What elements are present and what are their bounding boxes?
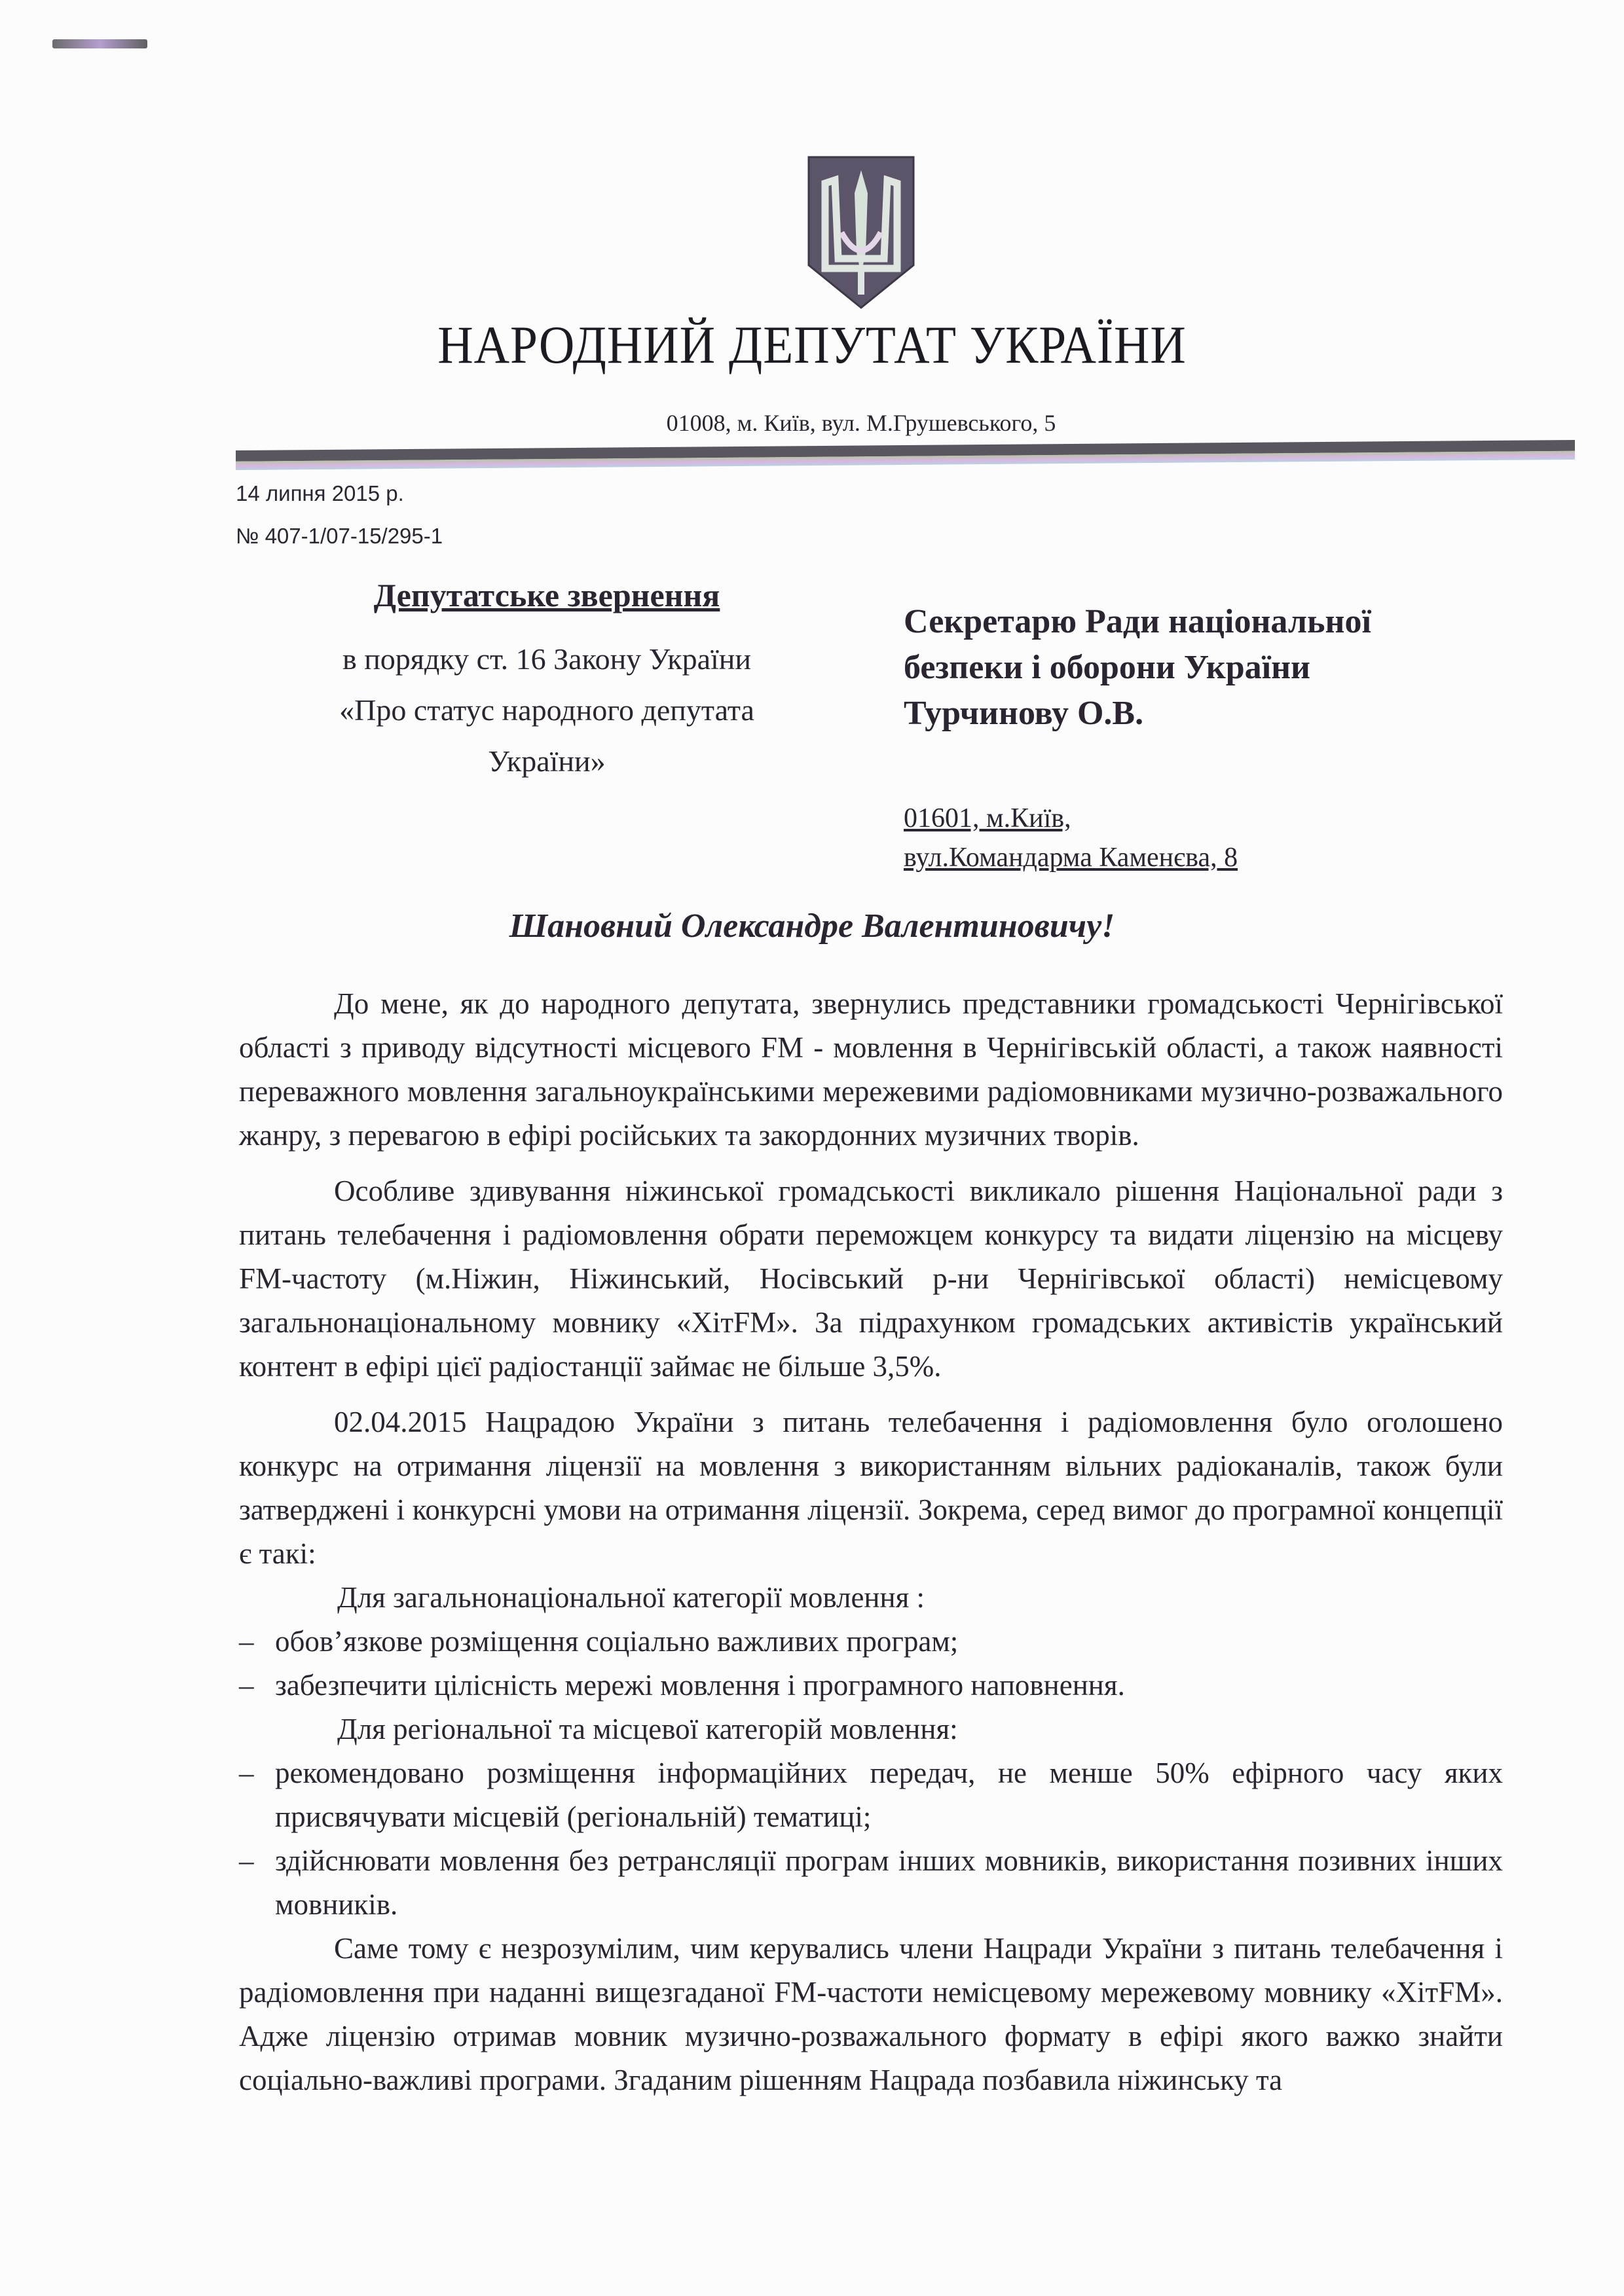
recipient-address-line: вул.Командарма Каменєва, 8 — [904, 838, 1559, 877]
trident-coat-of-arms-icon — [805, 154, 917, 311]
list-heading: Для регіональної та місцевої категорій м… — [239, 1707, 1503, 1751]
recipient-address-line: 01601, м.Київ, — [904, 799, 1559, 838]
recipient-line: Секретарю Ради національної — [904, 599, 1559, 645]
regional-requirements-list: рекомендовано розміщення інформаційних п… — [239, 1751, 1503, 1927]
document-number: № 407-1/07-15/295-1 — [236, 524, 443, 549]
list-item: рекомендовано розміщення інформаційних п… — [239, 1751, 1503, 1839]
list-item: забезпечити цілісність мережі мовлення і… — [239, 1664, 1503, 1707]
body-paragraph: До мене, як до народного депутата, зверн… — [239, 982, 1503, 1157]
appeal-basis-line: «Про статус народного депутата — [236, 685, 858, 736]
body-paragraph: Особливе здивування ніжинської громадськ… — [239, 1169, 1503, 1389]
list-item: здійснювати мовлення без ретрансляції пр… — [239, 1839, 1503, 1927]
letter-body: До мене, як до народного депутата, зверн… — [239, 982, 1503, 2114]
body-paragraph: 02.04.2015 Нацрадою України з питань тел… — [239, 1400, 1503, 1576]
appeal-block: Депутатське звернення в порядку ст. 16 З… — [236, 576, 858, 787]
salutation: Шановний Олександре Валентиновичу! — [0, 907, 1624, 945]
body-paragraph: Саме тому є незрозумілим, чим керувались… — [239, 1927, 1503, 2102]
appeal-title: Депутатське звернення — [236, 576, 858, 614]
national-requirements-list: обов’язкове розміщення соціально важливи… — [239, 1620, 1503, 1707]
recipient-block: Секретарю Ради національної безпеки і об… — [904, 599, 1559, 877]
recipient-line: безпеки і оборони України — [904, 645, 1559, 691]
letterhead-address: 01008, м. Київ, вул. М.Грушевського, 5 — [0, 409, 1624, 437]
appeal-basis-line: України» — [236, 736, 858, 787]
list-heading: Для загальнонаціональної категорії мовле… — [239, 1576, 1503, 1620]
appeal-basis-line: в порядку ст. 16 Закону України — [236, 634, 858, 685]
recipient-address: 01601, м.Київ, вул.Командарма Каменєва, … — [904, 799, 1559, 877]
recipient-name: Турчинову О.В. — [904, 691, 1559, 737]
letterhead-title: НАРОДНИЙ ДЕПУТАТ УКРАЇНИ — [65, 314, 1559, 376]
document-date: 14 липня 2015 р. — [236, 481, 404, 506]
scan-mark — [52, 39, 147, 48]
list-item: обов’язкове розміщення соціально важливи… — [239, 1620, 1503, 1664]
